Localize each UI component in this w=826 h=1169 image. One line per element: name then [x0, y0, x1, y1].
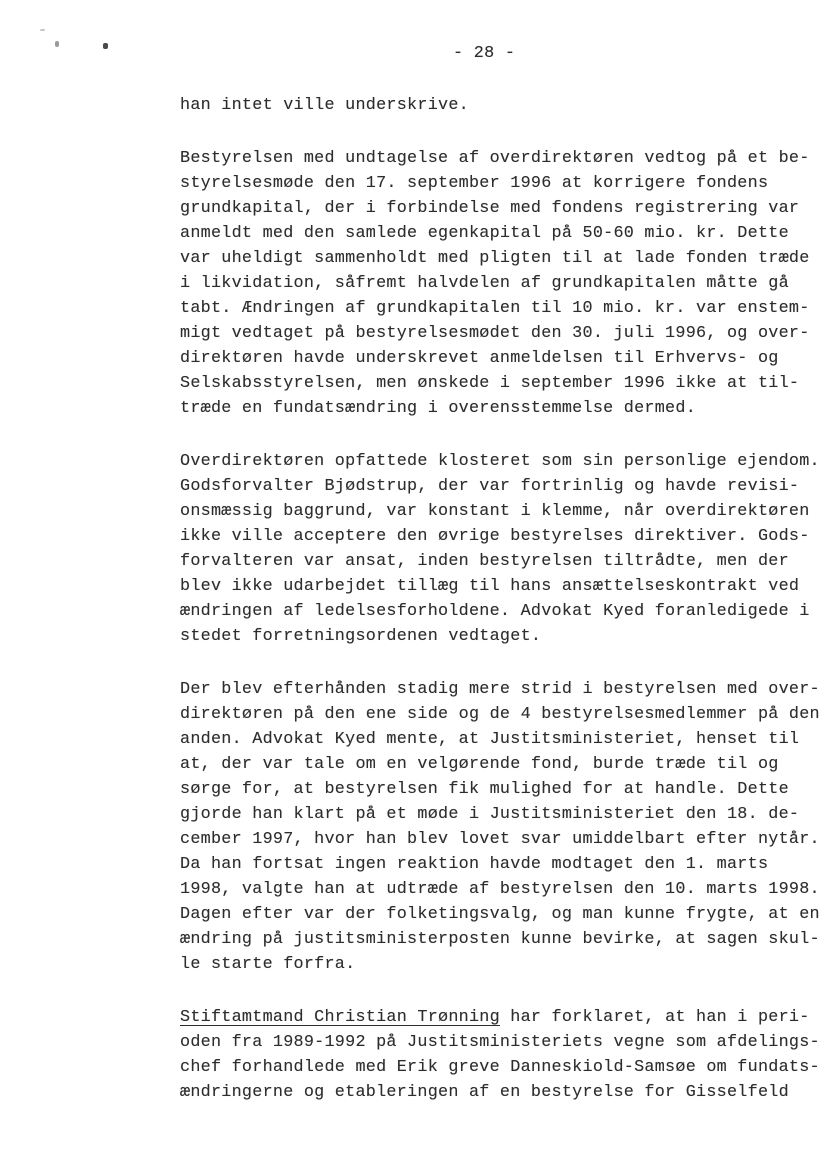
scan-speck: [55, 41, 59, 47]
underlined-person-name: Stiftamtmand Christian Trønning: [180, 1008, 500, 1027]
page-number: - 28 -: [453, 44, 515, 64]
scan-speck: [103, 43, 108, 49]
paragraph-overdirektoren: Overdirektøren opfattede klosteret som s…: [180, 449, 820, 649]
document-page: - 28 - han intet ville underskrive. Best…: [0, 0, 826, 1169]
document-body: han intet ville underskrive. Bestyrelsen…: [180, 93, 820, 1105]
paragraph-stiftamtmand: Stiftamtmand Christian Trønning har fork…: [180, 1005, 820, 1105]
paragraph-intro: han intet ville underskrive.: [180, 93, 820, 118]
paragraph-board-decision: Bestyrelsen med undtagelse af overdirekt…: [180, 146, 820, 421]
scan-speck: [40, 29, 45, 31]
paragraph-board-conflict: Der blev efterhånden stadig mere strid i…: [180, 677, 820, 977]
